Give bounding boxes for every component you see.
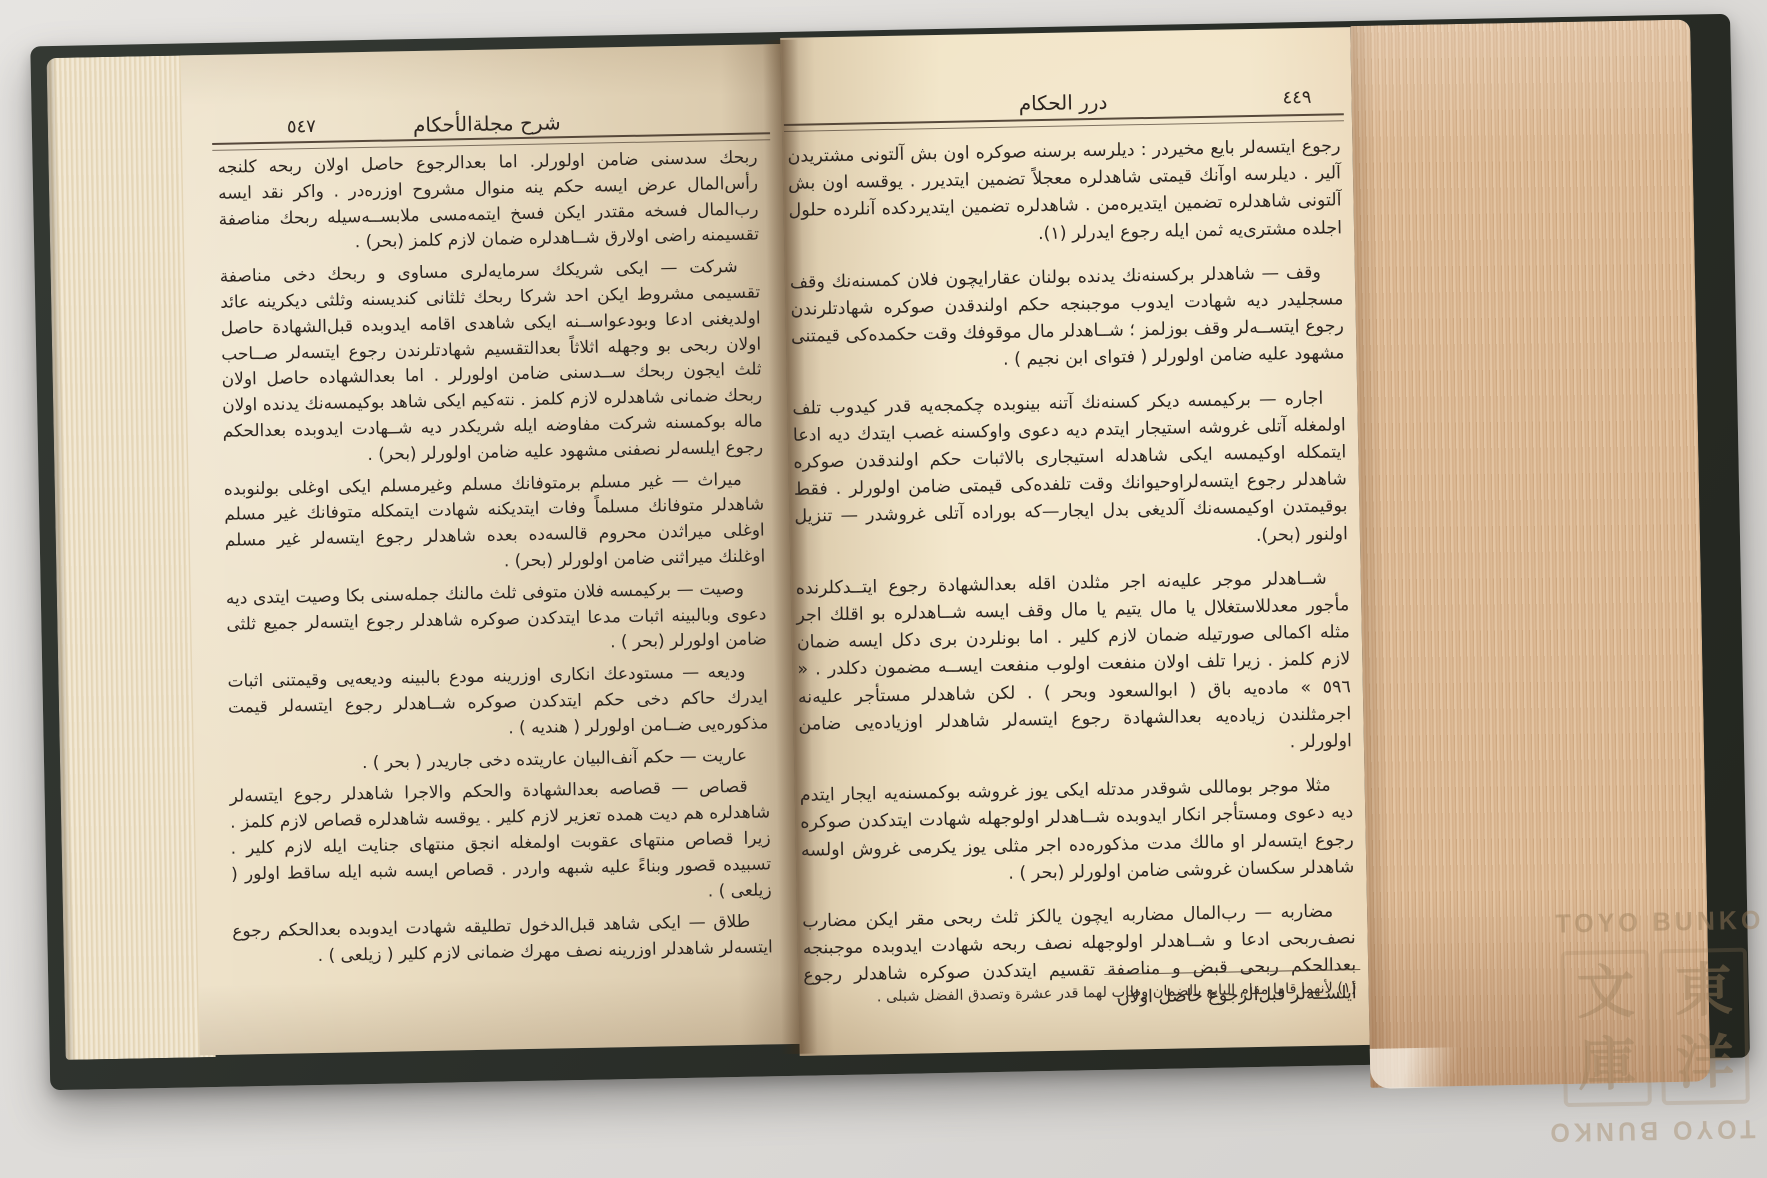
right-page-number: ٤٤٩ xyxy=(1282,87,1311,109)
paragraph-vedia: وديعه — مستودعك انكارى اوزرينه مودع بالب… xyxy=(227,660,768,748)
left-page-text: ربحك سدسنى ضامن اولورلر. اما بعدالرجوع ح… xyxy=(217,145,773,977)
paragraph-mesela: مثلا موجر بوماللى شوقدر مدتله ايكى يوز غ… xyxy=(800,772,1355,891)
right-page-text: رجوع ايتسه‌لر بايع مخيردر : ديلرسه برسنه… xyxy=(787,133,1357,1034)
book-photo: ٥٤٧ شرح مجلةالأحكام ربحك سدسنى ضامن اولو… xyxy=(0,0,1767,1178)
paragraph-sirket: شركت — ايكى شريكك سرمايه‌لرى مساوى و ربح… xyxy=(220,255,764,472)
paragraph: رجوع ايتسه‌لر بايع مخيردر : ديلرسه برسنه… xyxy=(787,133,1342,252)
open-book: ٥٤٧ شرح مجلةالأحكام ربحك سدسنى ضامن اولو… xyxy=(30,14,1749,1076)
paragraph-vakif: وقف — شاهدلر بركسنه‌نك يدنده بولنان عقار… xyxy=(790,259,1345,378)
paragraph-talak: طلاق — ايكى شاهد قبل‌الدخول تطليقه شهادت… xyxy=(232,910,773,972)
torn-page-corner xyxy=(1370,1047,1491,1089)
paragraph: ربحك سدسنى ضامن اولورلر. اما بعدالرجوع ح… xyxy=(217,145,759,259)
paragraph-miras: ميراث — غير مسلم برمتوفانك مسلم وغيرمسلم… xyxy=(224,467,766,581)
paragraph-ecr-misil: شــاهدلر موجر عليه‌نه اجر مثلدن اقله بعد… xyxy=(796,565,1353,766)
paragraph-vasiyet: وصيت — بركيمسه فلان متوفى ثلث مالنك جمله… xyxy=(226,576,767,664)
fore-edge-right-pages xyxy=(1350,20,1710,1088)
watermark-text-bottom: TOYO BUNKO xyxy=(1559,1113,1756,1147)
paragraph-ariyet: عاريت — حكم آنف‌البيان عاريتده دخى جاريد… xyxy=(229,743,769,779)
paragraph-icare: اجاره — بركيمسه ديكر كسنه‌نك آتنه بينوبد… xyxy=(792,385,1348,559)
paragraph-kisas: قصاص — قصاصه بعدالشهادة والحكم والاجرا ش… xyxy=(229,775,771,914)
